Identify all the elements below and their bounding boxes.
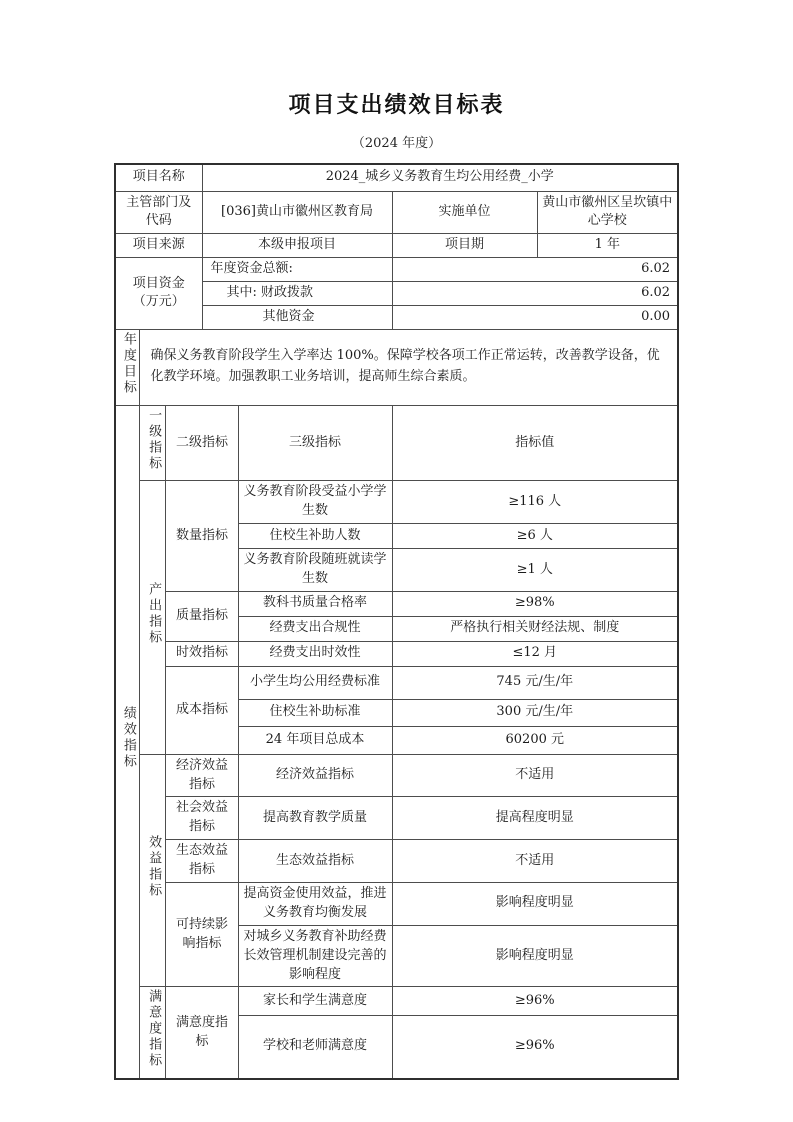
indicator-name: 义务教育阶段受益小学学生数 bbox=[238, 481, 392, 524]
level2-quantity: 数量指标 bbox=[166, 481, 238, 591]
indicator-name: 学校和老师满意度 bbox=[238, 1015, 392, 1079]
header-value: 指标值 bbox=[392, 405, 678, 481]
indicator-name: 义务教育阶段随班就读学生数 bbox=[238, 549, 392, 592]
indicator-value: ≥1 人 bbox=[392, 549, 678, 592]
level1-output-text: 产出指标 bbox=[146, 582, 160, 646]
header-level3: 三级指标 bbox=[238, 405, 392, 481]
page-title: 项目支出绩效目标表 bbox=[0, 0, 793, 120]
header-level2: 二级指标 bbox=[166, 405, 238, 481]
indicator-name: 24 年项目总成本 bbox=[238, 726, 392, 754]
indicator-name: 经费支出时效性 bbox=[238, 641, 392, 666]
annual-goal-label-text: 年度目标 bbox=[121, 332, 135, 396]
indicator-value: ≥6 人 bbox=[392, 524, 678, 549]
indicator-value: 不适用 bbox=[392, 754, 678, 797]
funding-label: 项目资金（万元） bbox=[115, 258, 202, 330]
perf-indicator-label: 绩效指标 bbox=[115, 405, 140, 1079]
impl-unit-value: 黄山市徽州区呈坎镇中心学校 bbox=[537, 191, 678, 234]
level1-satisfaction: 满意度指标 bbox=[140, 987, 166, 1079]
source-value: 本级申报项目 bbox=[202, 234, 392, 258]
level2-economic: 经济效益指标 bbox=[166, 754, 238, 797]
level2-quality: 质量指标 bbox=[166, 591, 238, 641]
indicator-value: ≤12 月 bbox=[392, 641, 678, 666]
indicator-name: 提高资金使用效益，推进义务教育均衡发展 bbox=[238, 882, 392, 925]
indicator-value: 严格执行相关财经法规、制度 bbox=[392, 616, 678, 641]
indicator-value: 60200 元 bbox=[392, 726, 678, 754]
indicator-value: ≥96% bbox=[392, 987, 678, 1015]
document-page: 项目支出绩效目标表 （2024 年度） 项目名称 2024_城乡义务教育生均公用… bbox=[0, 0, 793, 1122]
level2-ecological: 生态效益指标 bbox=[166, 840, 238, 883]
indicator-name: 提高教育教学质量 bbox=[238, 797, 392, 840]
annual-goal-text: 确保义务教育阶段学生入学率达 100%。保障学校各项工作正常运转，改善教学设备，… bbox=[140, 329, 678, 405]
indicator-value: 300 元/生/年 bbox=[392, 699, 678, 726]
funding-fiscal-value: 6.02 bbox=[392, 282, 678, 306]
indicator-value: 影响程度明显 bbox=[392, 925, 678, 987]
indicator-value: ≥98% bbox=[392, 591, 678, 616]
indicator-name: 家长和学生满意度 bbox=[238, 987, 392, 1015]
funding-other-label: 其他资金 bbox=[202, 305, 392, 329]
page-subtitle: （2024 年度） bbox=[0, 135, 793, 153]
funding-other-value: 0.00 bbox=[392, 305, 678, 329]
project-name-value: 2024_城乡义务教育生均公用经费_小学 bbox=[202, 164, 678, 191]
indicator-name: 小学生均公用经费标准 bbox=[238, 666, 392, 699]
level1-benefit: 效益指标 bbox=[140, 754, 166, 987]
indicator-name: 住校生补助标准 bbox=[238, 699, 392, 726]
indicator-value: 745 元/生/年 bbox=[392, 666, 678, 699]
level2-social: 社会效益指标 bbox=[166, 797, 238, 840]
indicator-value: ≥96% bbox=[392, 1015, 678, 1079]
indicator-name: 教科书质量合格率 bbox=[238, 591, 392, 616]
indicator-value: 不适用 bbox=[392, 840, 678, 883]
period-value: 1 年 bbox=[537, 234, 678, 258]
level2-satisfaction: 满意度指标 bbox=[166, 987, 238, 1079]
indicator-value: ≥116 人 bbox=[392, 481, 678, 524]
funding-fiscal-label: 其中: 财政拨款 bbox=[202, 282, 392, 306]
header-level1: 一级指标 bbox=[140, 405, 166, 481]
indicator-name: 经济效益指标 bbox=[238, 754, 392, 797]
indicator-name: 住校生补助人数 bbox=[238, 524, 392, 549]
impl-unit-label: 实施单位 bbox=[392, 191, 537, 234]
dept-value: [036]黄山市徽州区教育局 bbox=[202, 191, 392, 234]
period-label: 项目期 bbox=[392, 234, 537, 258]
level1-output: 产出指标 bbox=[140, 481, 166, 754]
indicator-value: 影响程度明显 bbox=[392, 882, 678, 925]
header-level1-text: 一级指标 bbox=[146, 408, 160, 472]
level2-cost: 成本指标 bbox=[166, 666, 238, 754]
project-name-label: 项目名称 bbox=[115, 164, 202, 191]
indicator-name: 对城乡义务教育补助经费长效管理机制建设完善的影响程度 bbox=[238, 925, 392, 987]
level1-benefit-text: 效益指标 bbox=[146, 835, 160, 899]
dept-label: 主管部门及代码 bbox=[115, 191, 202, 234]
indicator-name: 经费支出合规性 bbox=[238, 616, 392, 641]
funding-total-value: 6.02 bbox=[392, 258, 678, 282]
level2-timeliness: 时效指标 bbox=[166, 641, 238, 666]
source-label: 项目来源 bbox=[115, 234, 202, 258]
level2-sustainability: 可持续影响指标 bbox=[166, 882, 238, 987]
funding-total-label: 年度资金总额: bbox=[202, 258, 392, 282]
indicator-value: 提高程度明显 bbox=[392, 797, 678, 840]
level1-satisfaction-text: 满意度指标 bbox=[146, 989, 160, 1069]
indicator-name: 生态效益指标 bbox=[238, 840, 392, 883]
perf-indicator-label-text: 绩效指标 bbox=[121, 706, 135, 770]
annual-goal-label: 年度目标 bbox=[115, 329, 140, 405]
performance-target-table: 项目名称 2024_城乡义务教育生均公用经费_小学 主管部门及代码 [036]黄… bbox=[114, 163, 679, 1080]
